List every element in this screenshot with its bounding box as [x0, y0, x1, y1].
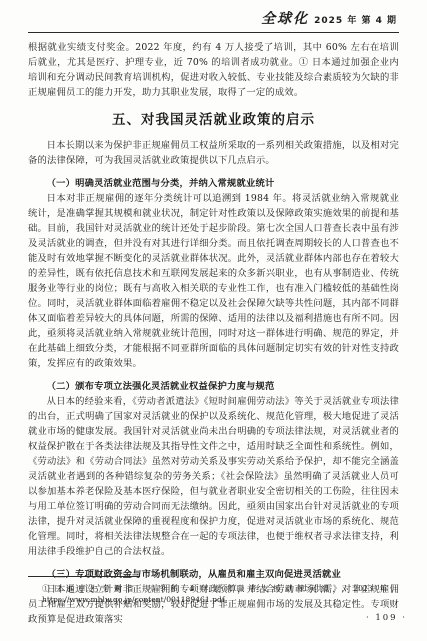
header-divider [28, 32, 399, 33]
page-header: 全球化 2025 年 第 4 期 [28, 8, 399, 28]
subsection-2-body: 从日本的经验来看，《劳动者派遣法》《短时间雇佣劳动法》等关于灵活就业专项法律的出… [28, 394, 399, 559]
journal-page: 全球化 2025 年 第 4 期 根据就业实绩支付奖金。2022 年度，约有 4… [0, 0, 427, 641]
section-title: 五、对我国灵活就业政策的启示 [28, 113, 399, 128]
footnote-text: 日本厚生労働省：《令和 4 年度求職者支援訓練実績》，2023 年，https:… [42, 584, 399, 604]
footnote-divider [28, 576, 140, 577]
footnote-area: ①日本厚生労働省：《令和 4 年度求職者支援訓練実績》，2023 年，https… [28, 576, 399, 605]
subsection-1-body: 日本对非正规雇佣的逐年分类统计可以追溯到 1984 年。将灵活就业纳入常规就业统… [28, 191, 399, 371]
intro-paragraph: 根据就业实绩支付奖金。2022 年度，约有 4 万人接受了培训，其中 60% 左… [28, 40, 399, 100]
article-body: 根据就业实绩支付奖金。2022 年度，约有 4 万人接受了培训，其中 60% 左… [28, 40, 399, 627]
footnote: ①日本厚生労働省：《令和 4 年度求職者支援訓練実績》，2023 年，https… [28, 583, 399, 605]
subsection-1-heading: （一）明确灵活就业范围与分类，并纳入常规就业统计 [28, 176, 399, 191]
subsection-2-heading: （二）颁布专项立法强化灵活就业权益保护力度与规范 [28, 379, 399, 394]
issue-info: 2025 年 第 4 期 [314, 13, 397, 26]
journal-title: 全球化 [261, 8, 309, 28]
page-number: · 109 · [366, 613, 407, 623]
lead-paragraph: 日本长期以来为保护非正规雇佣员工权益所采取的一系列相关政策措施，以及相对完备的法… [28, 138, 399, 168]
footnote-marker: ① [42, 584, 54, 593]
